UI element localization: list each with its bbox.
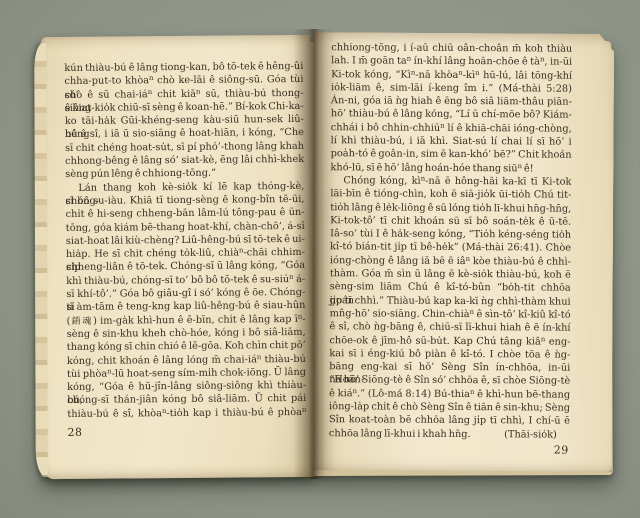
photo-of-open-book: { "colors":{ "background":"#8b9185", "pa… bbox=[0, 0, 640, 518]
text-line: ji̍p tī chhì.” Thiàu-bú kap ka-kī ǹg chh… bbox=[330, 294, 571, 309]
text-line: lah. I m̄ goān tan ín-khí lâng hoān-chōe… bbox=[331, 54, 572, 69]
right-page-number: 29 bbox=[329, 442, 570, 457]
text-line: chōe-ok ê jīm-hô sū-bu̍t. Kap Chú tâng k… bbox=[329, 334, 570, 349]
text-line: Ki-tok kóng, “Kìn-nā khòan-kìn hū-lú, lâ… bbox=[331, 68, 572, 83]
left-page-number: 28 bbox=[67, 424, 306, 439]
text-line: ê sî, chò ǹg-bāng ê, chiū-sī lī-khui hia… bbox=[329, 320, 570, 335]
text-line: lāi-bīn ê tióng-chìn, koh ē siā-jio̍k ūi… bbox=[330, 187, 571, 202]
text-line: poa̍h-tó ê goân-in, sim ē kan-khó’ bē?” … bbox=[331, 148, 572, 163]
text-line: nā hō’ Siōng-tè ê Sîn só’ chhōa ê, sī ch… bbox=[329, 374, 570, 389]
text-line: tio̍h lâng ê le̍k-liōng ê sū lóng tio̍h … bbox=[330, 201, 571, 216]
right-page-text: chhiong-tōng, i í-aū chiū oân-choân m̄ k… bbox=[329, 41, 573, 457]
text-line: hō’ thiàu-bú ê lâng kóng, “Lí ū chí-mōe … bbox=[331, 108, 572, 123]
left-page-deckle-edge bbox=[34, 43, 48, 475]
text-line: chhōa lâng lī-khui i khah hn̄g.(Thāi-sio… bbox=[329, 427, 570, 442]
text-line: sèng-sim liām Chú ê kî-tó-bûn “bo̍h-tit … bbox=[330, 281, 571, 296]
text-line: chhong-bêng ê lâng só’ siat-kè, ēng lâi … bbox=[65, 153, 304, 168]
text-line: kî-tó bián-tit ji̍p tī bê-he̍k” (Má-thài… bbox=[330, 241, 571, 256]
left-page-text: kún thiàu-bú ê lâng tiong-kan, bô tō-tek… bbox=[64, 60, 306, 439]
right-page: chhiong-tōng, i í-aū chiū oân-choân m̄ k… bbox=[311, 32, 615, 472]
left-page: kún thiàu-bú ê lâng tiong-kan, bô tō-tek… bbox=[40, 35, 314, 479]
text-line: thiàu-bú ê sî, khòan-tio̍h kap i thiàu-b… bbox=[67, 406, 306, 421]
